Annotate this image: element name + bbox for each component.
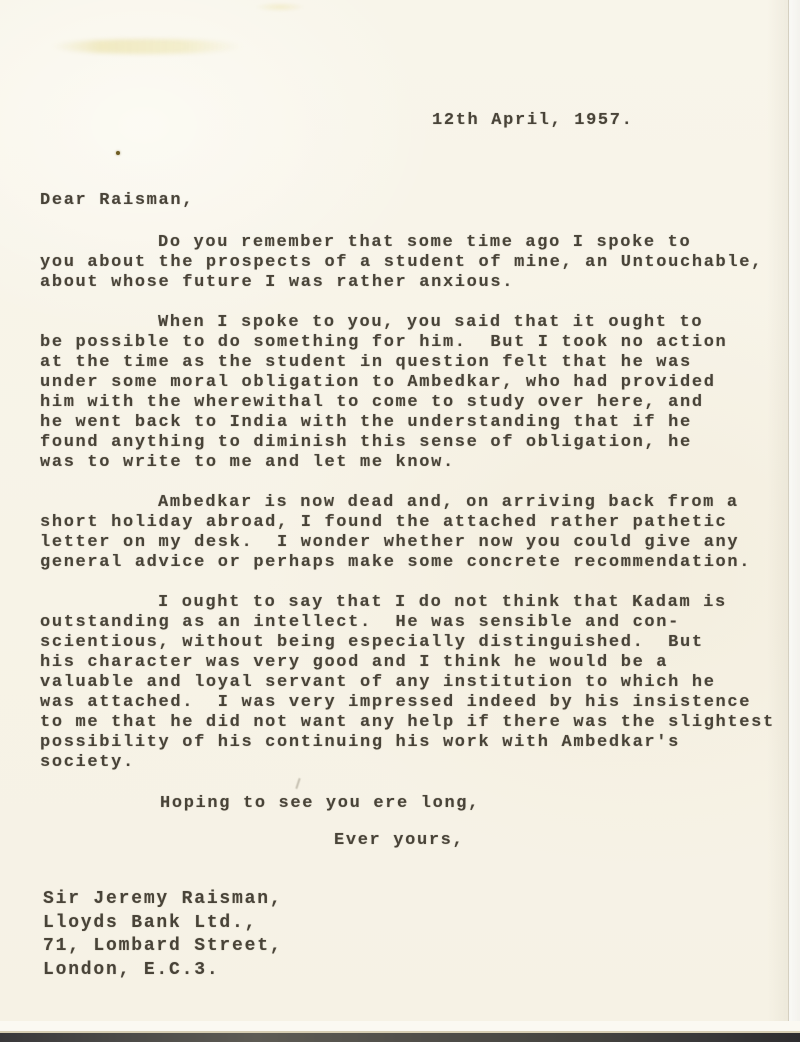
- recipient-address: Sir Jeremy Raisman, Lloyds Bank Ltd., 71…: [43, 888, 282, 982]
- letter-line: at the time as the student in question f…: [40, 353, 784, 373]
- scan-bottom-strip: [0, 1021, 800, 1031]
- paragraph: Do you remember that some time ago I spo…: [40, 233, 784, 293]
- letter-line: I ought to say that I do not think that …: [40, 593, 784, 613]
- letter-line: possibility of his continuing his work w…: [40, 733, 784, 753]
- letter-line: valuable and loyal servant of any instit…: [40, 673, 784, 693]
- closing-line: Hoping to see you ere long,: [160, 794, 480, 813]
- letter-line: his character was very good and I think …: [40, 653, 784, 673]
- ink-speck: [116, 151, 120, 155]
- scanner-dark-band: [0, 1033, 800, 1042]
- letter-line: about whose future I was rather anxious.: [40, 273, 784, 293]
- valediction: Ever yours,: [334, 831, 464, 850]
- letter-line: he went back to India with the understan…: [40, 413, 784, 433]
- paper-smudge: [255, 2, 305, 12]
- letter-line: general advice or perhaps make some conc…: [40, 553, 784, 573]
- letter-body: Do you remember that some time ago I spo…: [40, 233, 784, 793]
- letter-line: When I spoke to you, you said that it ou…: [40, 313, 784, 333]
- letter-line: Do you remember that some time ago I spo…: [40, 233, 784, 253]
- address-line: Sir Jeremy Raisman,: [43, 888, 282, 912]
- paragraph: I ought to say that I do not think that …: [40, 593, 784, 773]
- letter-line: Ambedkar is now dead and, on arriving ba…: [40, 493, 784, 513]
- letter-line: scientious, without being especially dis…: [40, 633, 784, 653]
- letter-line: was to write to me and let me know.: [40, 453, 784, 473]
- paragraph: When I spoke to you, you said that it ou…: [40, 313, 784, 473]
- letter-line: under some moral obligation to Ambedkar,…: [40, 373, 784, 393]
- letter-line: be possible to do something for him. But…: [40, 333, 784, 353]
- letter-line: you about the prospects of a student of …: [40, 253, 784, 273]
- letter-date: 12th April, 1957.: [432, 111, 633, 130]
- address-line: Lloyds Bank Ltd.,: [43, 912, 282, 936]
- letter-line: to me that he did not want any help if t…: [40, 713, 784, 733]
- letter-line: society.: [40, 753, 784, 773]
- letter-line: short holiday abroad, I found the attach…: [40, 513, 784, 533]
- scanned-letter-page: 12th April, 1957. Dear Raisman, Do you r…: [0, 0, 800, 1042]
- paragraph: Ambedkar is now dead and, on arriving ba…: [40, 493, 784, 573]
- paper-edge-shadow: [767, 0, 789, 1042]
- letter-line: him with the wherewithal to come to stud…: [40, 393, 784, 413]
- letter-line: outstanding as an intellect. He was sens…: [40, 613, 784, 633]
- address-line: London, E.C.3.: [43, 959, 282, 983]
- address-line: 71, Lombard Street,: [43, 935, 282, 959]
- paper-right-edge: [788, 0, 800, 1042]
- paper-smudge: [52, 39, 242, 54]
- letter-line: letter on my desk. I wonder whether now …: [40, 533, 784, 553]
- letter-line: found anything to diminish this sense of…: [40, 433, 784, 453]
- salutation: Dear Raisman,: [40, 191, 194, 210]
- letter-line: was attached. I was very impressed indee…: [40, 693, 784, 713]
